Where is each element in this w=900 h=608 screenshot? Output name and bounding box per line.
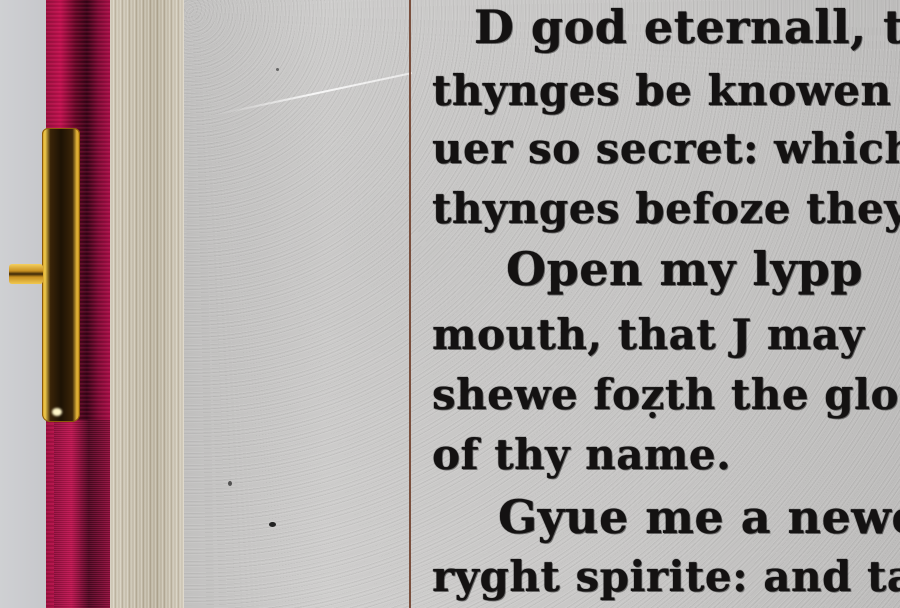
ink-spot	[276, 68, 279, 71]
blackletter-text: D god eternall, t thynges be knowen uer …	[432, 0, 900, 608]
text-line-6: mouth, that J may	[432, 314, 864, 356]
text-line-8: of thy name.	[432, 434, 731, 476]
text-line-2: thynges be knowen	[432, 70, 892, 112]
ink-spot	[228, 481, 232, 486]
clasp-pin	[9, 264, 43, 284]
page-edges-shade	[110, 0, 186, 608]
margin-rule-line	[409, 0, 411, 608]
ink-spot	[269, 522, 276, 527]
gilt-clasp	[42, 128, 80, 422]
red-velvet-binding-lower	[54, 420, 112, 608]
text-line-4: thynges befoze they	[432, 188, 900, 230]
clasp-highlight	[52, 408, 62, 416]
text-line-10: ryght spirite: and ta	[432, 556, 900, 598]
text-line-9: Gyue me a newe	[498, 494, 900, 540]
text-line-5: Open my lypp	[506, 246, 863, 292]
text-line-7: shewe foẓth the gloẓ	[432, 374, 900, 416]
text-line-3: uer so secret: whiche	[432, 128, 900, 170]
book-photograph: D god eternall, t thynges be knowen uer …	[0, 0, 900, 608]
text-line-1: D god eternall, t	[474, 4, 900, 50]
